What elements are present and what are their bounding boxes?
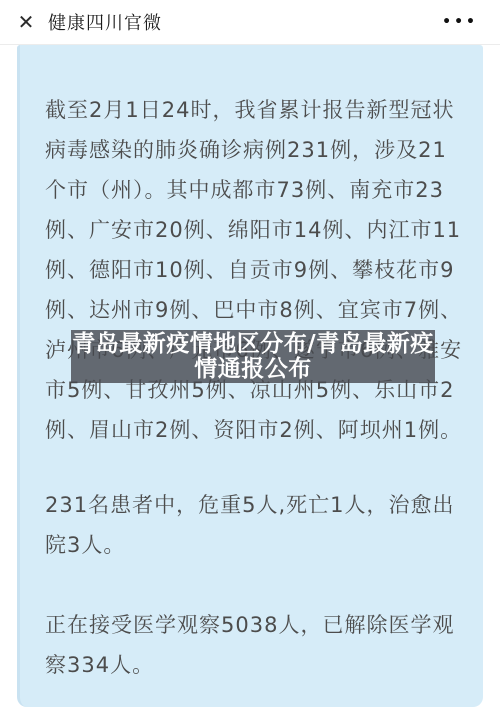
bulletin-card: 截至2月1日24时，我省累计报告新型冠状 病毒感染的肺炎确诊病例231例，涉及2… bbox=[17, 45, 483, 707]
text-line: 231名患者中，危重5人,死亡1人，治愈出 bbox=[45, 485, 467, 525]
wechat-article-screen: ✕ 健康四川官微 ••• 截至2月1日24时，我省累计报告新型冠状 病毒感染的肺… bbox=[0, 0, 500, 722]
text-line: 病毒感染的肺炎确诊病例231例，涉及21 bbox=[45, 130, 467, 170]
overlay-text-line: 青岛最新疫情地区分布/青岛最新疫 bbox=[71, 332, 435, 357]
text-line: 察334人。 bbox=[45, 645, 467, 685]
text-line: 例、达州市9例、巴中市8例、宜宾市7例、 bbox=[45, 290, 467, 330]
top-navbar: ✕ 健康四川官微 ••• bbox=[0, 0, 500, 45]
text-line: 例、德阳市10例、自贡市9例、攀枝花市9 bbox=[45, 250, 467, 290]
text-line: 截至2月1日24时，我省累计报告新型冠状 bbox=[45, 90, 467, 130]
paragraph-medical-observation: 正在接受医学观察5038人，已解除医学观 察334人。 bbox=[45, 605, 467, 685]
close-icon[interactable]: ✕ bbox=[13, 0, 39, 44]
page-title: 健康四川官微 bbox=[48, 0, 162, 44]
text-line: 正在接受医学观察5038人，已解除医学观 bbox=[45, 605, 467, 645]
overlay-text-line: 情通报公布 bbox=[71, 357, 435, 382]
text-line: 例、眉山市2例、资阳市2例、阿坝州1例。 bbox=[45, 410, 467, 450]
more-menu-icon[interactable]: ••• bbox=[442, 0, 478, 44]
qingdao-headline-overlay-banner[interactable]: 青岛最新疫情地区分布/青岛最新疫 情通报公布 bbox=[71, 330, 435, 383]
paragraph-case-distribution: 截至2月1日24时，我省累计报告新型冠状 病毒感染的肺炎确诊病例231例，涉及2… bbox=[45, 90, 467, 450]
text-line: 例、广安市20例、绵阳市14例、内江市11 bbox=[45, 210, 467, 250]
text-line: 个市（州）。其中成都市73例、南充市23 bbox=[45, 170, 467, 210]
text-line: 院3人。 bbox=[45, 525, 467, 565]
paragraph-patient-status: 231名患者中，危重5人,死亡1人，治愈出 院3人。 bbox=[45, 485, 467, 565]
